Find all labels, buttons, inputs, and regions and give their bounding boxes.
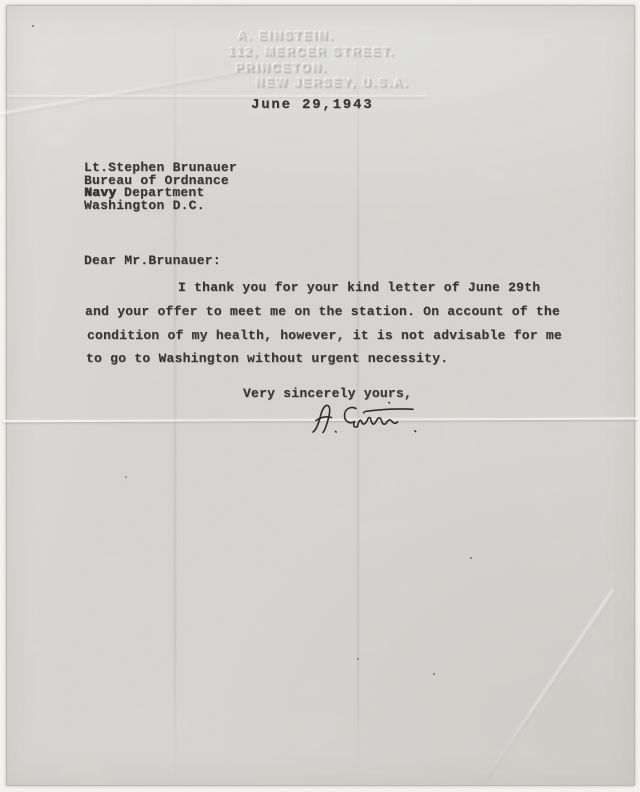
body-line-4: to go to Washington without urgent neces… <box>86 352 448 366</box>
letter-page: A. EINSTEIN. 112, MERCER STREET. PRINCET… <box>6 5 635 786</box>
paper-speck <box>357 658 359 660</box>
signature: A. Einstein. <box>305 399 427 439</box>
letterhead-street: 112, MERCER STREET. <box>229 47 396 59</box>
letterhead-name: A. EINSTEIN. <box>238 31 335 43</box>
paper-speck <box>433 673 435 675</box>
date-line: June 29,1943 <box>251 98 373 112</box>
body-line-3: condition of my health, however, it is n… <box>87 329 562 343</box>
fold-crease-diagonal-bottom-right <box>484 588 615 780</box>
paper-speck <box>125 476 127 478</box>
paper-speck <box>32 25 34 27</box>
body-line-2: and your offer to meet me on the station… <box>85 305 560 319</box>
body-line-1: I thank you for your kind letter of June… <box>178 281 540 295</box>
recipient-city: Washington D.C. <box>84 200 237 213</box>
letterhead-state: NEW JERSEY, U.S.A. <box>256 78 410 90</box>
letterhead-city: PRINCETON. <box>236 63 329 75</box>
recipient-address-block: Lt.Stephen Brunauer Bureau of Ordnance N… <box>84 162 237 213</box>
signature-ink <box>305 399 427 439</box>
paper-speck <box>470 557 472 559</box>
fold-crease-vertical-left <box>174 6 176 785</box>
salutation-line: Dear Mr.Brunauer: <box>84 254 221 268</box>
scan-background: A. EINSTEIN. 112, MERCER STREET. PRINCET… <box>0 0 640 792</box>
